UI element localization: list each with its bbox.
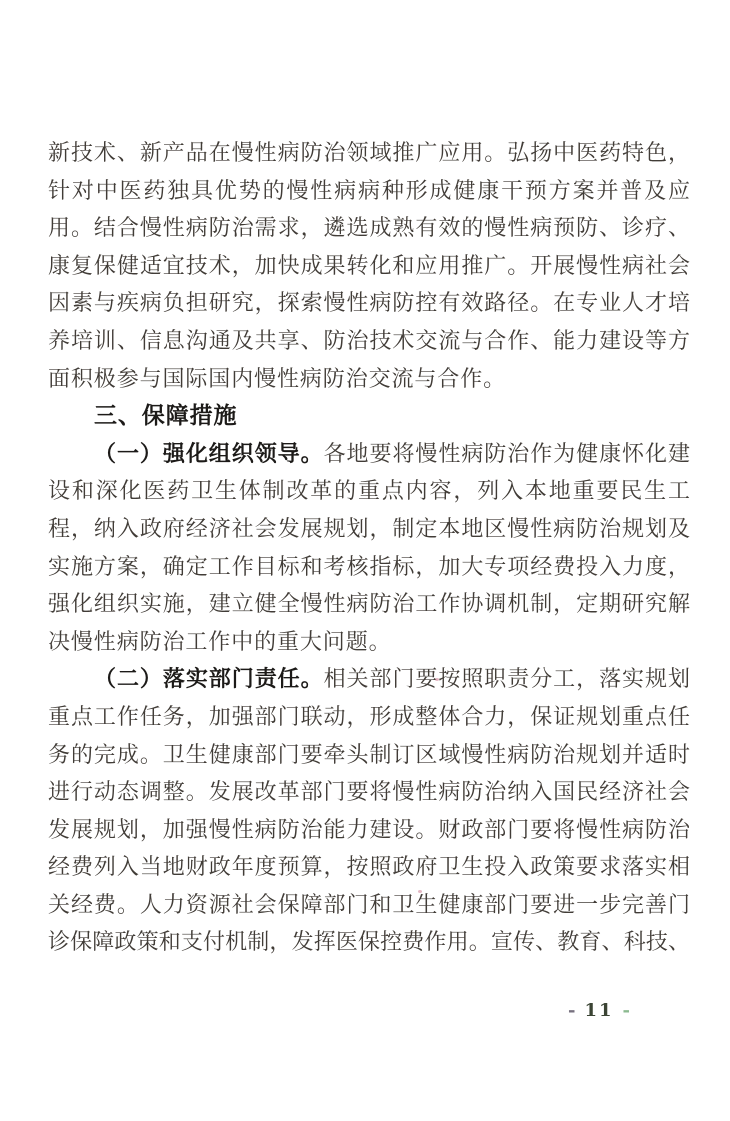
- text-run: 决慢性病防治工作中的重大问题。: [48, 630, 392, 655]
- text-run: 相关部门要按照职责分工，落实规划: [324, 667, 690, 692]
- text-line: 用。结合慢性病防治需求，遴选成熟有效的慢性病预防、诊疗、: [48, 210, 690, 248]
- footer-page-number: 11: [584, 1000, 613, 1021]
- text-line: 重点工作任务，加强部门联动，形成整体合力，保证规划重点任: [48, 699, 690, 737]
- text-run: 经费列入当地财政年度预算，按照政府卫生投入政策要求落实相: [48, 855, 690, 880]
- text-run: 康复保健适宜技术，加快成果转化和应用推广。开展慢性病社会: [48, 254, 690, 279]
- text-run: 新技术、新产品在慢性病防治领域推广应用。弘扬中医药特色，: [48, 141, 690, 166]
- text-line: 面积极参与国际国内慢性病防治交流与合作。: [48, 361, 690, 399]
- text-line: 设和深化医药卫生体制改革的重点内容，列入本地重要民生工: [48, 473, 690, 511]
- text-run: 务的完成。卫生健康部门要牵头制订区域慢性病防治规划并适时: [48, 743, 690, 768]
- text-run: 用。结合慢性病防治需求，遴选成熟有效的慢性病预防、诊疗、: [48, 216, 690, 241]
- text-line: 实施方案，确定工作目标和考核指标，加大专项经费投入力度，: [48, 549, 690, 587]
- scan-speck: [435, 678, 439, 681]
- text-run: 针对中医药独具优势的慢性病病种形成健康干预方案并普及应: [48, 179, 690, 204]
- footer-dash-right: -: [623, 1000, 630, 1021]
- scan-speck: [418, 890, 422, 893]
- text-line: 因素与疾病负担研究，探索慢性病防控有效路径。在专业人才培: [48, 285, 690, 323]
- text-run: 诊保障政策和支付机制，发挥医保控费作用。宣传、教育、科技、: [48, 930, 690, 955]
- text-line: 养培训、信息沟通及共享、防治技术交流与合作、能力建设等方: [48, 323, 690, 361]
- text-run: 程，纳入政府经济社会发展规划，制定本地区慢性病防治规划及: [48, 517, 690, 542]
- text-run: 面积极参与国际国内慢性病防治交流与合作。: [48, 367, 506, 392]
- text-run: 实施方案，确定工作目标和考核指标，加大专项经费投入力度，: [48, 555, 690, 580]
- text-line: 程，纳入政府经济社会发展规划，制定本地区慢性病防治规划及: [48, 511, 690, 549]
- bold-text-run: （一）强化组织领导。: [94, 442, 324, 467]
- bold-text-run: （二）落实部门责任。: [94, 667, 324, 692]
- text-line: 诊保障政策和支付机制，发挥医保控费作用。宣传、教育、科技、: [48, 924, 690, 962]
- text-line: （一）强化组织领导。各地要将慢性病防治作为健康怀化建: [48, 436, 690, 474]
- text-run: 发展规划，加强慢性病防治能力建设。财政部门要将慢性病防治: [48, 818, 690, 843]
- text-run: 设和深化医药卫生体制改革的重点内容，列入本地重要民生工: [48, 479, 690, 504]
- text-line: 经费列入当地财政年度预算，按照政府卫生投入政策要求落实相: [48, 849, 690, 887]
- text-run: 进行动态调整。发展改革部门要将慢性病防治纳入国民经济社会: [48, 780, 690, 805]
- text-line: 强化组织实施，建立健全慢性病防治工作协调机制，定期研究解: [48, 586, 690, 624]
- text-line: 进行动态调整。发展改革部门要将慢性病防治纳入国民经济社会: [48, 774, 690, 812]
- footer-dash-left: -: [568, 1000, 575, 1021]
- bold-text-run: 三、保障措施: [94, 403, 237, 429]
- text-block: 新技术、新产品在慢性病防治领域推广应用。弘扬中医药特色，针对中医药独具优势的慢性…: [48, 135, 690, 962]
- document-page: 新技术、新产品在慢性病防治领域推广应用。弘扬中医药特色，针对中医药独具优势的慢性…: [0, 0, 730, 1121]
- text-run: 各地要将慢性病防治作为健康怀化建: [324, 442, 690, 467]
- text-run: 强化组织实施，建立健全慢性病防治工作协调机制，定期研究解: [48, 592, 690, 617]
- text-line: 决慢性病防治工作中的重大问题。: [48, 624, 690, 662]
- text-run: 关经费。人力资源社会保障部门和卫生健康部门要进一步完善门: [48, 893, 690, 918]
- text-line: （二）落实部门责任。相关部门要按照职责分工，落实规划: [48, 661, 690, 699]
- text-run: 养培训、信息沟通及共享、防治技术交流与合作、能力建设等方: [48, 329, 690, 354]
- text-line: 发展规划，加强慢性病防治能力建设。财政部门要将慢性病防治: [48, 812, 690, 850]
- page-footer: -11-: [568, 1000, 630, 1022]
- text-line: 康复保健适宜技术，加快成果转化和应用推广。开展慢性病社会: [48, 248, 690, 286]
- section-heading: 三、保障措施: [48, 398, 690, 436]
- text-line: 针对中医药独具优势的慢性病病种形成健康干预方案并普及应: [48, 173, 690, 211]
- text-run: 重点工作任务，加强部门联动，形成整体合力，保证规划重点任: [48, 705, 690, 730]
- text-line: 务的完成。卫生健康部门要牵头制订区域慢性病防治规划并适时: [48, 737, 690, 775]
- text-run: 因素与疾病负担研究，探索慢性病防控有效路径。在专业人才培: [48, 291, 690, 316]
- text-line: 关经费。人力资源社会保障部门和卫生健康部门要进一步完善门: [48, 887, 690, 925]
- text-line: 新技术、新产品在慢性病防治领域推广应用。弘扬中医药特色，: [48, 135, 690, 173]
